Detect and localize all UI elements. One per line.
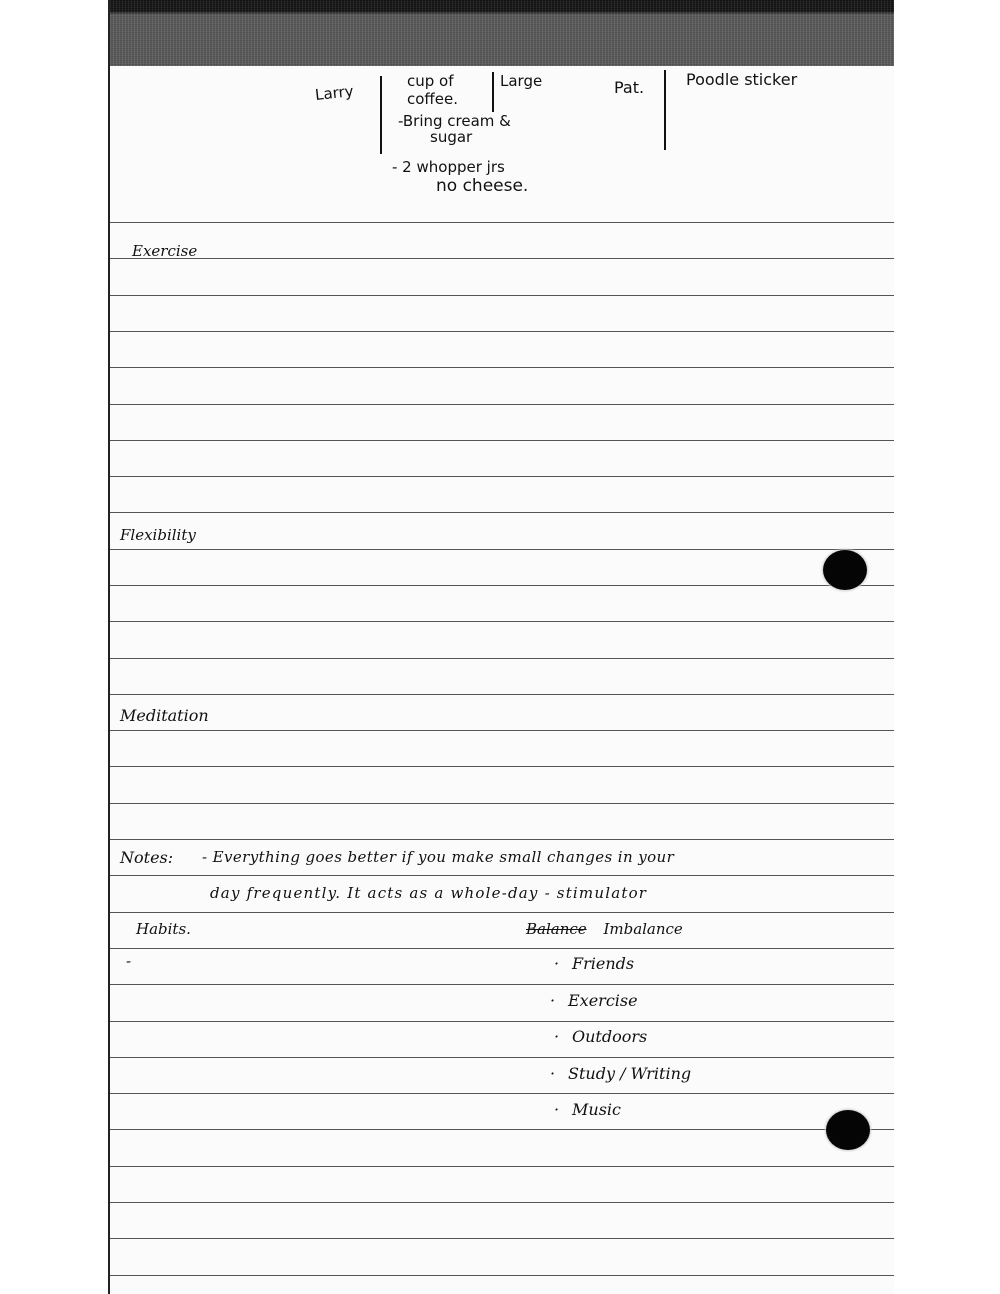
notebook-page: Larry cup of coffee. Large -Bring cream …	[108, 0, 894, 1294]
ruled-line	[110, 1166, 894, 1167]
ruled-line	[110, 549, 894, 550]
note-no-cheese: no cheese.	[436, 176, 528, 196]
ruled-line	[110, 258, 894, 259]
ruled-line	[110, 512, 894, 513]
list-item: ·Study / Writing	[550, 1064, 691, 1083]
habits-dash: -	[126, 952, 131, 970]
ruled-line	[110, 585, 894, 586]
note-larry: Larry	[314, 82, 354, 104]
bullet-dot: ·	[550, 991, 568, 1010]
bullet-dot: ·	[554, 954, 572, 973]
ruled-line	[110, 658, 894, 659]
scan-shadow-band	[110, 0, 894, 66]
balance-heading: Balance Imbalance	[526, 920, 683, 938]
notes-label: Notes:	[120, 848, 173, 867]
list-item: ·Friends	[554, 954, 634, 973]
list-item: ·Music	[554, 1100, 621, 1119]
ruled-line	[110, 875, 894, 876]
ruled-line	[110, 1202, 894, 1203]
column-divider	[380, 76, 382, 154]
balance-struck-word: Balance	[526, 920, 587, 938]
ruled-line	[110, 222, 894, 223]
bullet-dot: ·	[554, 1100, 572, 1119]
column-divider	[664, 70, 666, 150]
bullet-dot: ·	[550, 1064, 568, 1083]
note-pat: Pat.	[614, 78, 644, 97]
punch-hole	[823, 550, 867, 590]
ruled-line	[110, 476, 894, 477]
list-item-label: Music	[572, 1100, 621, 1119]
ruled-line	[110, 1238, 894, 1239]
ruled-line	[110, 948, 894, 949]
ruled-line	[110, 803, 894, 804]
list-item-label: Exercise	[568, 991, 638, 1010]
ruled-line	[110, 295, 894, 296]
list-item-label: Outdoors	[572, 1027, 647, 1046]
note-cup-of: cup of	[407, 72, 454, 90]
ruled-line	[110, 1057, 894, 1058]
imbalance-word: Imbalance	[603, 920, 682, 938]
section-meditation: Meditation	[120, 706, 209, 725]
ruled-line	[110, 1129, 894, 1130]
ruled-line	[110, 766, 894, 767]
ruled-line	[110, 621, 894, 622]
ruled-line	[110, 839, 894, 840]
ruled-line	[110, 694, 894, 695]
section-exercise: Exercise	[132, 242, 197, 260]
list-item: ·Exercise	[550, 991, 638, 1010]
list-item-label: Friends	[572, 954, 634, 973]
ruled-line	[110, 912, 894, 913]
ruled-line	[110, 984, 894, 985]
ruled-line	[110, 1021, 894, 1022]
bullet-dot: ·	[554, 1027, 572, 1046]
ruled-line	[110, 331, 894, 332]
ruled-line	[110, 404, 894, 405]
section-flexibility: Flexibility	[120, 526, 196, 544]
notes-line-1: - Everything goes better if you make sma…	[202, 848, 674, 866]
habits-label: Habits.	[136, 920, 191, 938]
list-item: ·Outdoors	[554, 1027, 647, 1046]
notes-line-2: day frequently. It acts as a whole-day -…	[210, 884, 647, 902]
note-large: Large	[500, 72, 542, 90]
ruled-line	[110, 730, 894, 731]
column-divider	[492, 72, 494, 112]
note-sugar: sugar	[430, 128, 472, 146]
list-item-label: Study / Writing	[568, 1064, 691, 1083]
note-poodle-sticker: Poodle sticker	[686, 70, 797, 89]
note-coffee: coffee.	[407, 90, 458, 108]
note-whopper: - 2 whopper jrs	[392, 158, 505, 176]
ruled-line	[110, 1093, 894, 1094]
punch-hole	[826, 1110, 870, 1150]
ruled-line	[110, 1275, 894, 1276]
ruled-line	[110, 367, 894, 368]
ruled-line	[110, 440, 894, 441]
